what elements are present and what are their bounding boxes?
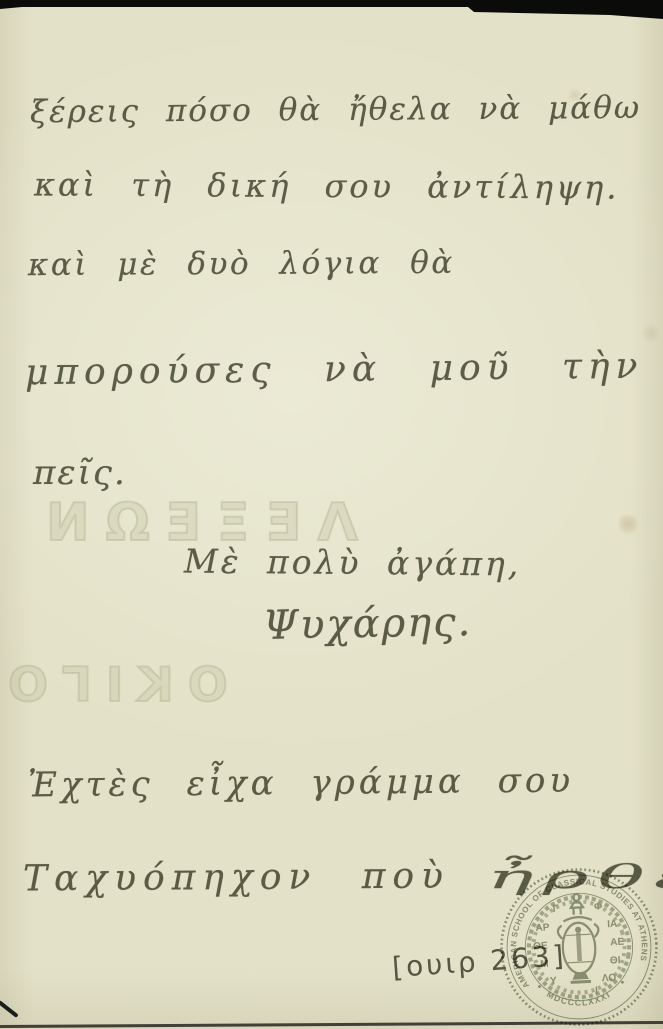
stamp-letter-right-1: Φ [594,901,603,912]
scan-edge-top [0,0,663,20]
stamp-letter-right-2: ΙΑ [607,919,618,931]
letter-scan-page: ΛΕΞΕΩΝ ΟΚΙΓΟ ξέρεις πόσο θὰ ἤθελα νὰ μάθ… [0,0,663,1029]
handwriting-line-3: καὶ μὲ δυὸ λόγια θὰ [28,248,455,281]
handwriting-line-1: ξέρεις πόσο θὰ ἤθελα νὰ μάθω [30,93,641,128]
scan-corner-mark [0,1000,19,1018]
handwriting-line-2: καὶ τὴ δική σου ἀντίληψη. [34,168,620,203]
show-through-text-lower: ΟΚΙΓΟ [0,662,228,709]
postscript-line-1: Ἐχτὲς εἶχα γράμμα σου [28,764,574,803]
stamp-letter-right-4: ΘΙ [610,955,621,967]
handwriting-line-4: μπορούσες νὰ μοῦ τὴν [25,349,644,391]
signature: Ψυχάρης. [263,602,473,646]
stamp-letter-right-3: ΑΕ [610,937,625,949]
stamp-letter-left-5: Υ [550,976,558,987]
postscript-line-2-end: ἦρθε [487,860,663,893]
stamp-letter-right-5: ΛΟ [602,973,617,985]
stamp-dot-left [538,985,541,988]
closing-line: Μὲ πολὺ ἀγάπη, [184,545,522,581]
stamp-dot-right [621,981,624,984]
postscript-line-2: Ταχυόπηχον ποὺ [23,859,450,898]
handwriting-line-5: πεῖς. [33,456,127,490]
stamp-letter-left-2: ΑΡ [535,922,550,934]
stamp-letter-left-1: Γ [552,904,559,915]
